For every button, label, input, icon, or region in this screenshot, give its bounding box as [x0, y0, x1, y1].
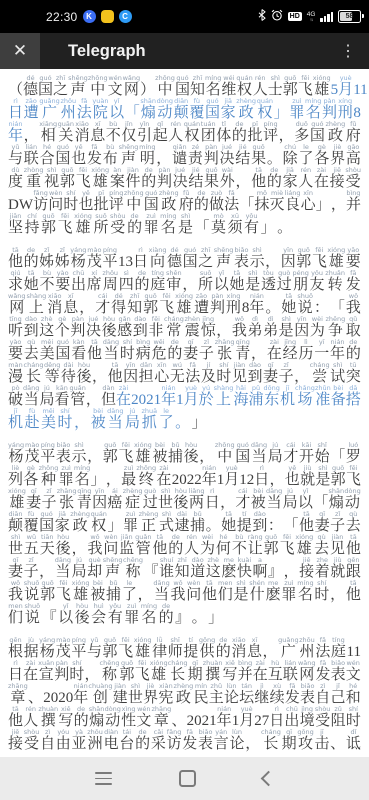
hanzi-character: 覆	[24, 518, 39, 534]
pinyin-annotation: tā	[255, 167, 262, 174]
hanzi-character: 界	[330, 151, 345, 167]
text-char: xiāo消	[47, 293, 62, 316]
pinyin-annotation: nián	[202, 465, 216, 472]
text-line: dù度zhòng重shì视guō郭fēi飞xióng雄àn案jiàn件de的pà…	[8, 167, 361, 190]
link-text-char[interactable]: diān颠	[174, 98, 189, 121]
hanzi-character: 时	[58, 415, 73, 431]
text-char: liǎng两	[189, 488, 205, 511]
link-text-char[interactable]: měi美	[41, 408, 56, 431]
text-char: ，	[84, 660, 99, 683]
pinyin-annotation	[337, 729, 339, 736]
back-nav-button[interactable]	[261, 771, 277, 787]
hanzi-character: 人	[168, 128, 183, 144]
text-char: dāng当	[266, 488, 282, 511]
pinyin-annotation: dāng	[23, 385, 39, 392]
pinyin-annotation: zǐ	[204, 339, 209, 346]
text-char: dāng当	[251, 442, 267, 465]
hanzi-character: 果	[204, 174, 219, 190]
hanzi-character: 台	[119, 736, 134, 752]
pinyin-annotation: yīn	[126, 362, 136, 369]
pinyin-annotation: shì	[252, 247, 261, 254]
text-line: shì世wǔ五tiān天hòu後 ，wǒ我wèn问jiān监guǎn管tā他de…	[8, 534, 361, 557]
pinyin-annotation: yāo	[347, 247, 359, 254]
hanzi-character: 看	[54, 392, 69, 408]
link-text-char[interactable]: jī机	[8, 408, 23, 431]
link-text-char[interactable]: jī机	[280, 385, 295, 408]
link-text-char[interactable]: ，	[74, 408, 89, 431]
link-text-char[interactable]: yuàn院	[92, 98, 108, 121]
link-text-char[interactable]: zhuā抓	[141, 408, 157, 431]
link-text-char[interactable]: chǎng场	[295, 385, 315, 408]
pinyin-annotation: yáng	[39, 637, 55, 644]
text-char: nián年	[330, 339, 345, 362]
link-text-char[interactable]: 」	[274, 98, 289, 121]
link-text-char[interactable]: dòng动	[157, 98, 173, 121]
hanzi-character: 诋	[346, 736, 361, 752]
pinyin-annotation: de	[27, 247, 35, 254]
link-text-char[interactable]: fù赴	[25, 408, 40, 431]
pinyin-annotation: xī	[68, 293, 74, 300]
text-char: dé得	[111, 293, 126, 316]
pinyin-annotation: shēng	[119, 144, 139, 151]
pinyin-annotation: zhōng	[88, 75, 108, 82]
hanzi-character: 结	[235, 151, 250, 167]
link-text-char[interactable]: 。	[175, 408, 190, 431]
hanzi-character: 月	[338, 82, 353, 98]
pinyin-annotation: wéi	[223, 75, 234, 82]
hanzi-character: 「	[330, 300, 345, 316]
text-char: zhuǎn转	[325, 270, 345, 293]
text-char: shì试	[330, 362, 345, 385]
pinyin-annotation: rì	[274, 706, 278, 713]
pinyin-annotation: zhèng	[325, 121, 345, 128]
hanzi-character: 後	[56, 541, 71, 557]
hanzi-character: 的	[216, 644, 231, 660]
hanzi-character: 郭	[103, 644, 118, 660]
hanzi-character: 家	[55, 518, 70, 534]
text-line: rì日zāo遭guǎng广zhōu州fǎ法yuàn院yǐ以 「shān煽dòng…	[8, 98, 361, 121]
pinyin-annotation: guó	[311, 121, 323, 128]
hanzi-character: 的	[267, 174, 282, 190]
text-char: bǔ捕	[106, 580, 121, 603]
pinyin-annotation: xī	[95, 121, 101, 128]
hanzi-character: 漫	[8, 369, 23, 385]
pinyin-annotation: chū	[286, 706, 298, 713]
link-text-char[interactable]: quán权	[257, 98, 273, 121]
link-text-char[interactable]: míng名	[305, 98, 321, 121]
hanzi-character: 浦	[249, 392, 264, 408]
overflow-menu-button[interactable]: ⋮	[327, 41, 369, 61]
pinyin-annotation: fā	[320, 660, 326, 667]
hanzi-character: 的	[74, 713, 89, 729]
text-char: xiāo消	[231, 637, 246, 660]
text-line: qiú求tā她bù不yào要chū出xí席zhōu周sì四de的tíng庭shě…	[8, 270, 361, 293]
text-char: 「	[313, 488, 328, 511]
link-text-char[interactable]: zài在	[116, 385, 131, 408]
text-char: yīn因	[294, 316, 309, 339]
link-text-char[interactable]: 2021nián年 1yuè月	[131, 385, 199, 408]
link-text-char[interactable]: pàn判	[322, 98, 337, 121]
hanzi-character: 动	[105, 713, 120, 729]
text-char: qī妻	[315, 511, 330, 534]
hanzi-character: 文	[108, 82, 123, 98]
text-char: ，	[87, 442, 102, 465]
hanzi-character: 政	[176, 690, 191, 706]
hanzi-character: 12	[239, 472, 254, 488]
text-char: tiān天	[40, 534, 55, 557]
link-text-char[interactable]: le了	[159, 408, 174, 431]
text-char: qī妻	[263, 362, 278, 385]
text-char: jiàn见	[232, 362, 247, 385]
hanzi-character: 郭	[60, 174, 75, 190]
pinyin-annotation: zhōu	[102, 270, 118, 277]
hanzi-character: 国	[175, 82, 190, 98]
pinyin-annotation: shì	[131, 683, 140, 690]
pinyin-annotation: yào	[57, 270, 69, 277]
pinyin-annotation	[353, 637, 355, 644]
text-char: xióng雄	[327, 247, 345, 270]
text-char: zhāng张	[57, 488, 77, 511]
text-char: tā她	[24, 270, 39, 293]
hanzi-character: 她	[281, 300, 296, 316]
link-text-char[interactable]: pǔ浦	[249, 385, 264, 408]
hanzi-character: 时	[69, 667, 84, 683]
hanzi-character: 文	[136, 713, 151, 729]
link-text-char[interactable]: bèi备	[331, 385, 346, 408]
hanzi-character: 飞	[135, 667, 150, 683]
pinyin-annotation	[46, 557, 48, 564]
hanzi-character: 知	[127, 300, 142, 316]
text-char: cháng常	[164, 316, 184, 339]
pinyin-annotation	[320, 488, 322, 495]
pinyin-annotation	[86, 293, 88, 300]
text-char: bǔ捕	[168, 442, 183, 465]
hanzi-character: 师	[168, 644, 183, 660]
pinyin-annotation: de	[139, 729, 147, 736]
hanzi-character: 消	[47, 300, 62, 316]
hanzi-character: 各	[314, 151, 329, 167]
text-char: gēn跟	[346, 557, 361, 580]
text-char: zhī知	[127, 293, 142, 316]
text-char: guó国	[38, 75, 53, 98]
hanzi-character: 网	[124, 82, 139, 98]
text-char: yǔ与	[8, 144, 23, 167]
hanzi-character: 遭	[194, 300, 209, 316]
text-char: bìng病	[136, 339, 151, 362]
hanzi-character: 亚	[72, 736, 87, 752]
text-char: ，	[138, 580, 153, 603]
link-text-char[interactable]: yú於	[199, 385, 214, 408]
text-char: zhōng中	[88, 75, 108, 98]
hanzi-character: 2021	[131, 392, 161, 408]
link-text-char[interactable]: fǎ法	[77, 98, 92, 121]
hanzi-character: 惊	[201, 323, 216, 339]
hanzi-character: 飞	[159, 300, 174, 316]
pinyin-annotation: tuán	[201, 121, 216, 128]
text-char: zuì罪	[123, 511, 138, 534]
pinyin-annotation	[252, 729, 254, 736]
home-nav-button[interactable]	[179, 770, 196, 787]
text-char: dòng动	[105, 706, 121, 729]
pinyin-annotation: zhōng	[124, 190, 144, 197]
hanzi-character: 结	[188, 174, 203, 190]
text-char: péng朋	[292, 270, 308, 293]
pinyin-annotation: qī	[13, 557, 19, 564]
text-line: rì日zài在xuān宣pàn判shí时 ，chēng称guō郭fēi飞xión…	[8, 660, 361, 683]
text-char: de的	[24, 247, 39, 270]
hanzi-character: 』	[175, 610, 190, 626]
pinyin-annotation: rén	[255, 75, 266, 82]
hanzi-character: 问	[48, 197, 63, 213]
text-char: zhuàn撰	[203, 660, 223, 683]
hanzi-character: 茂	[56, 644, 71, 660]
link-text-char[interactable]: hǎi海	[233, 385, 248, 408]
text-char: zhèn震	[184, 316, 200, 339]
text-char: pī批	[94, 190, 109, 213]
text-char: huì会	[91, 603, 106, 626]
text-char: què却	[87, 557, 102, 580]
pinyin-annotation: xù	[273, 683, 281, 690]
pinyin-annotation: xióng	[313, 75, 331, 82]
pinyin-annotation: wǎng	[8, 293, 26, 300]
link-text-char[interactable]: bèi被	[91, 408, 106, 431]
link-text-char[interactable]: shàng上	[214, 385, 234, 408]
link-text-char[interactable]: zhèng政	[236, 98, 256, 121]
text-char: shēng声	[68, 75, 88, 98]
hanzi-character: 2021	[187, 713, 217, 729]
link-text-char[interactable]: yǐ以	[109, 98, 124, 121]
pinyin-annotation: jǐ	[336, 683, 340, 690]
hanzi-character: 我	[87, 541, 102, 557]
link-text-char[interactable]: guó国	[205, 98, 220, 121]
text-char: fēi飞	[118, 637, 133, 660]
hanzi-character: 管	[70, 392, 85, 408]
pinyin-annotation: yě	[82, 190, 90, 197]
pinyin-annotation: ái	[112, 488, 118, 495]
pinyin-annotation: fēi	[79, 167, 87, 174]
link-text-char[interactable]: zāo遭	[24, 98, 39, 121]
hanzi-character: 当	[103, 346, 118, 362]
text-char: xí席	[87, 270, 102, 293]
text-char: men们	[8, 603, 23, 626]
hanzi-character: 5	[331, 82, 339, 98]
pinyin-annotation	[272, 293, 274, 300]
link-text-char[interactable]: shān煽	[140, 98, 156, 121]
text-char: yīn因	[92, 488, 107, 511]
pinyin-annotation	[163, 144, 165, 151]
text-char: zì自	[40, 729, 55, 752]
hanzi-character: 人	[23, 713, 38, 729]
text-char: hòu後	[56, 534, 71, 557]
text-char: shì世	[128, 683, 143, 706]
hanzi-character: 雄	[93, 174, 108, 190]
text-char: ，	[24, 121, 39, 144]
hanzi-character: 让	[248, 541, 263, 557]
hanzi-character: 日	[8, 105, 23, 121]
pinyin-annotation: qīng	[236, 339, 250, 346]
pinyin-annotation: dé	[26, 75, 34, 82]
pinyin-annotation: dǐ	[350, 729, 356, 736]
link-text-char[interactable]: 5yuè月 11	[331, 75, 368, 98]
hanzi-character: 名	[298, 587, 313, 603]
hanzi-character: 过	[143, 495, 158, 511]
pinyin-annotation: chēng	[100, 660, 120, 667]
link-text-char[interactable]: jú局	[125, 408, 140, 431]
text-char: shì是	[234, 580, 249, 603]
hanzi-character: 士	[268, 82, 283, 98]
hanzi-character: 得	[111, 300, 126, 316]
text-char: dé德	[167, 247, 182, 270]
link-text-char[interactable]: fù覆	[189, 98, 204, 121]
link-text-char[interactable]: shí时	[58, 408, 73, 431]
text-char: dào到	[24, 316, 39, 339]
text-char: shòu受	[345, 167, 361, 190]
text-char: zǐ子	[330, 511, 345, 534]
text-char: ）	[140, 75, 155, 98]
link-text-char[interactable]: zuì罪	[289, 98, 304, 121]
pinyin-annotation: gōng	[297, 729, 313, 736]
text-char: ，	[199, 442, 214, 465]
pinyin-annotation: tā	[286, 293, 293, 300]
hanzi-character: 评	[109, 197, 124, 213]
pinyin-annotation: jué	[175, 167, 185, 174]
text-char: dào到	[133, 316, 148, 339]
battery-icon: 58	[338, 10, 361, 23]
pinyin-annotation: diàn	[104, 729, 118, 736]
pinyin-annotation	[48, 603, 50, 610]
pinyin-annotation: xíng	[338, 98, 352, 105]
hanzi-character: 言	[214, 736, 229, 752]
text-char: qīng青	[235, 339, 250, 362]
pinyin-annotation	[178, 706, 180, 713]
pinyin-annotation: jí	[207, 362, 211, 369]
close-button[interactable]: ✕	[0, 33, 40, 69]
text-char: 」	[261, 213, 276, 236]
hanzi-character: 庭	[331, 644, 346, 660]
pinyin-annotation: guǎn	[70, 385, 86, 392]
hanzi-character: 国	[38, 82, 53, 98]
text-char: bù不	[39, 270, 54, 293]
pinyin-annotation: gǎn	[119, 316, 131, 323]
menu-nav-button[interactable]	[95, 772, 112, 784]
pinyin-annotation: zuì	[127, 603, 136, 610]
text-char: tū突	[346, 362, 361, 385]
hanzi-character: 郭	[331, 472, 346, 488]
text-char: yào要	[8, 339, 23, 362]
text-line: yào要qù去měi美guó国kàn看tā他dāng当shí时bìng病wēi危…	[8, 339, 361, 362]
pinyin-annotation	[34, 683, 36, 690]
link-text-char[interactable]: dāng当	[107, 408, 123, 431]
link-text-char[interactable]: zhōu州	[60, 98, 76, 121]
text-char: wǔ五	[24, 534, 39, 557]
pinyin-annotation: shàng	[27, 293, 47, 300]
hanzi-character: 法	[224, 197, 239, 213]
pinyin-annotation: tū	[350, 362, 357, 369]
pinyin-annotation: fēi	[283, 534, 291, 541]
link-text-char[interactable]: 「	[125, 98, 140, 121]
hanzi-character: 为	[200, 541, 215, 557]
hanzi-character: 『	[144, 564, 159, 580]
text-char: ，	[156, 144, 171, 167]
pinyin-annotation: zǐ	[283, 362, 288, 369]
text-char: yě也	[78, 190, 93, 213]
hanzi-character: 被	[251, 495, 266, 511]
pinyin-annotation: zǐ	[60, 247, 65, 254]
pinyin-annotation: zhèng	[123, 488, 143, 495]
hanzi-character: 被	[152, 449, 167, 465]
text-char: de的	[216, 637, 231, 660]
text-char: wǒ我	[8, 580, 23, 603]
text-char: xióng雄	[134, 637, 152, 660]
hanzi-character: 外	[220, 174, 235, 190]
hanzi-character: 电	[104, 736, 119, 752]
text-char: zuì罪	[281, 580, 296, 603]
text-char: 「	[283, 511, 298, 534]
hanzi-character: 果	[251, 151, 266, 167]
pinyin-annotation: huì	[94, 603, 104, 610]
text-char: guó国	[310, 121, 325, 144]
text-char: 」	[208, 603, 223, 626]
link-text-char[interactable]: dā搭	[346, 385, 361, 408]
pinyin-annotation: pàn	[211, 293, 223, 300]
hanzi-character: 」	[208, 610, 223, 626]
hanzi-character: 广	[42, 105, 57, 121]
pinyin-annotation: shēng	[68, 75, 88, 82]
paragraph: tā他de的zǐ姊zǐ姊yáng杨mào茂píng平 13rì日xiàng向dé…	[8, 247, 361, 431]
text-char: míng名	[205, 75, 221, 98]
pinyin-annotation: jìng	[301, 706, 313, 713]
text-char: 、	[28, 683, 43, 706]
link-text-char[interactable]: dōng东	[264, 385, 280, 408]
link-text-char[interactable]: jiā家	[221, 98, 236, 121]
pinyin-annotation	[320, 293, 322, 300]
pinyin-annotation: yǐ	[63, 603, 69, 610]
article: （dé德guó国zhī之shēng声zhōng中wén文wǎng网 ）zhōng…	[0, 69, 369, 757]
hanzi-character: 撰	[41, 713, 56, 729]
hanzi-character: 了	[122, 587, 137, 603]
pinyin-annotation: de	[219, 637, 227, 644]
text-char: tā他	[8, 247, 23, 270]
link-text-char[interactable]: 8	[353, 98, 361, 121]
hanzi-character: 民	[194, 690, 209, 706]
link-text-char[interactable]: nián年	[8, 121, 23, 144]
pinyin-annotation: wén	[108, 75, 121, 82]
link-text-char[interactable]: rì日	[8, 98, 23, 121]
text-char: qiǎn谴	[172, 144, 187, 167]
hanzi-character: 雄	[314, 82, 329, 98]
hanzi-character: 东	[264, 392, 279, 408]
link-text-char[interactable]: guǎng广	[39, 98, 59, 121]
pinyin-annotation: jiè	[147, 683, 155, 690]
hanzi-character: 良	[285, 197, 300, 213]
link-text-char[interactable]: xíng刑	[338, 98, 353, 121]
pinyin-annotation	[94, 442, 96, 449]
hanzi-character: 当	[108, 415, 123, 431]
hanzi-character: 8	[242, 300, 250, 316]
pinyin-annotation: zuì	[284, 580, 293, 587]
hanzi-character: 」	[91, 472, 106, 488]
hanzi-character: 张	[59, 495, 74, 511]
hanzi-character: 年	[73, 690, 88, 706]
hanzi-character: 郭	[120, 667, 135, 683]
pinyin-annotation: pàn	[72, 316, 84, 323]
text-char: guǎng广	[278, 637, 298, 660]
hanzi-character: 己	[330, 690, 345, 706]
hanzi-character: 雄	[297, 541, 312, 557]
link-text-char[interactable]: zhǔn准	[315, 385, 331, 408]
status-bar-left: 22:30 K C	[46, 10, 132, 24]
text-char: yáng杨	[70, 247, 86, 270]
